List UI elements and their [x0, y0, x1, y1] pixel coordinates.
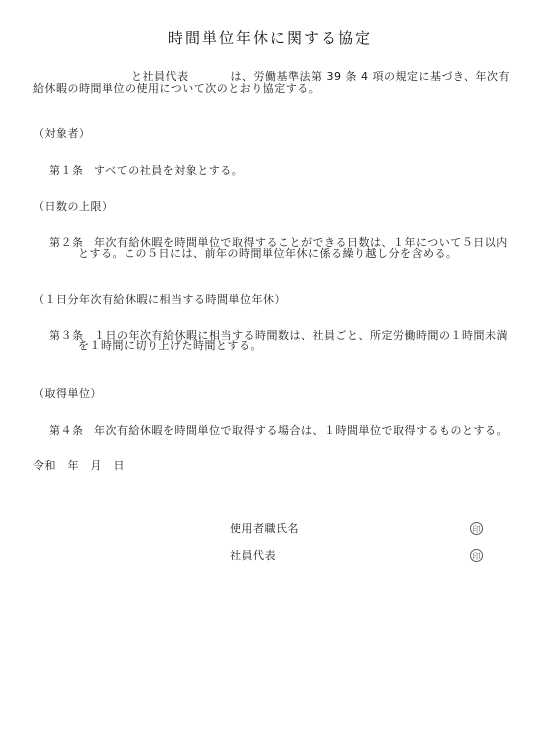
agreement-document-page: 時間単位年休に関する協定 と社員代表は、労働基準法第 39 条 4 項の規定に基…: [0, 0, 540, 756]
article-1-text: すべての社員を対象とする。: [94, 164, 243, 177]
employee-rep-name-blank: [189, 79, 231, 80]
document-title: 時間単位年休に関する協定: [0, 27, 540, 48]
section-heading-equivalent-hours: （１日分年次有給休暇に相当する時間単位年休）: [33, 293, 286, 306]
seal-stamp-icon: 印: [470, 522, 483, 535]
intro-line-2: 給休暇の時間単位の使用について次のとおり協定する。: [33, 82, 320, 95]
article-2-line-2: とする。この５日には、前年の時間単位年休に係る繰り越し分を含める。: [78, 247, 458, 260]
section-heading-day-limit: （日数の上限）: [33, 200, 114, 213]
date-line: 令和 年 月 日: [33, 459, 125, 472]
section-heading-acquisition-unit: （取得単位）: [33, 387, 102, 400]
article-3-line-2: を１時間に切り上げた時間とする。: [78, 339, 262, 352]
employer-name-blank: [49, 79, 131, 80]
article-4-number: 第４条: [49, 424, 94, 437]
signature-employer-label: 使用者職氏名: [230, 522, 299, 535]
seal-stamp-icon: 印: [470, 549, 483, 562]
signature-employee-rep-label: 社員代表: [230, 549, 276, 562]
article-1-number: 第１条: [49, 164, 94, 177]
article-1-line-1: 第１条すべての社員を対象とする。: [33, 151, 243, 190]
article-4-line-1: 第４条年次有給休暇を時間単位で取得する場合は、１時間単位で取得するものとする。: [33, 411, 508, 450]
section-heading-target: （対象者）: [33, 127, 91, 140]
article-4-text: 年次有給休暇を時間単位で取得する場合は、１時間単位で取得するものとする。: [94, 424, 508, 437]
